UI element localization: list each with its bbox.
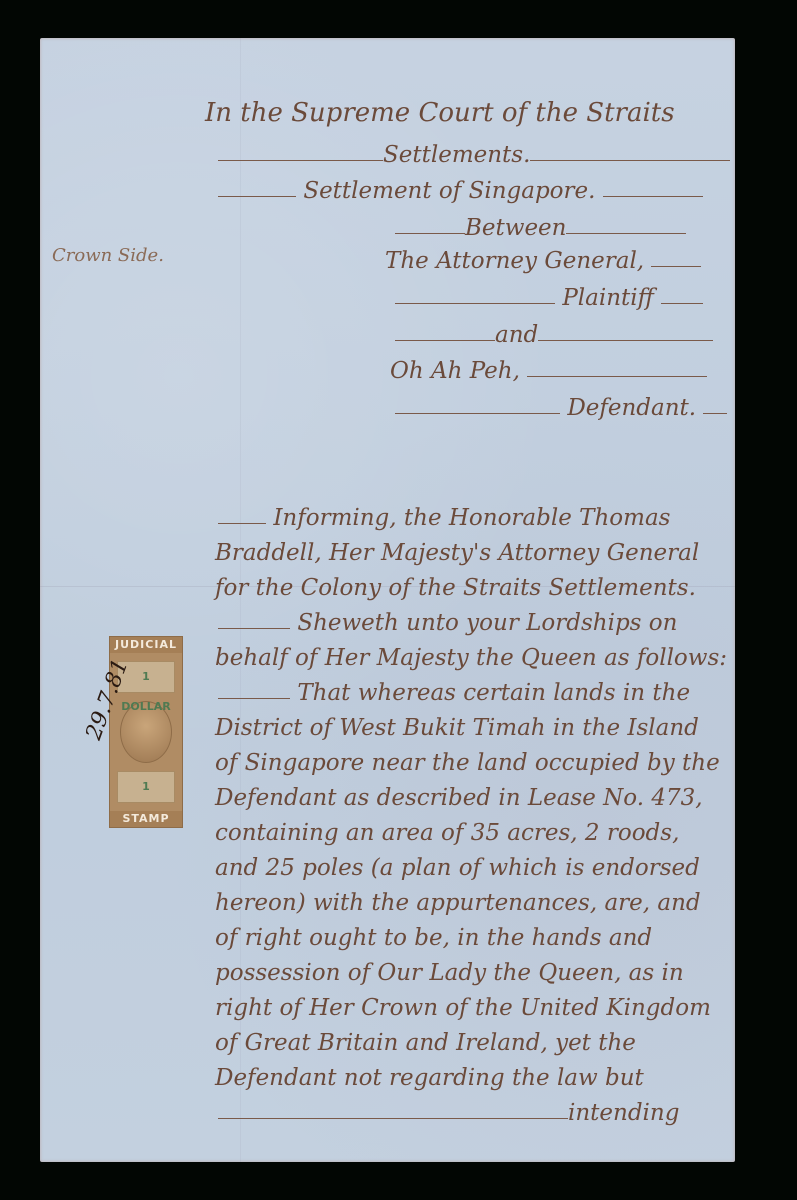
rule xyxy=(603,196,703,197)
stamp-top-label: JUDICIAL xyxy=(110,637,182,653)
body-line: Braddell, Her Majesty's Attorney General xyxy=(215,538,699,568)
body-line: of right ought to be, in the hands and xyxy=(215,923,652,953)
between-text: Between xyxy=(465,215,566,241)
defendant-label-line: Defendant. xyxy=(395,393,727,423)
rule xyxy=(530,160,730,161)
rule xyxy=(395,340,495,341)
plaintiff-label-line: Plaintiff xyxy=(395,283,703,313)
judicial-stamp: JUDICIAL 1 DOLLAR 1 DOLLAR STAMP 29.7.81 xyxy=(109,636,183,828)
body-line: and 25 poles (a plan of which is endorse… xyxy=(215,853,700,883)
rule xyxy=(703,413,727,414)
stamp-bottom-label: STAMP xyxy=(110,811,182,827)
rule xyxy=(218,196,296,197)
rule xyxy=(395,303,555,304)
catchword-text: intending xyxy=(568,1100,679,1126)
rule xyxy=(527,376,707,377)
settlements-text: Settlements. xyxy=(383,142,530,168)
plaintiff-name-line: The Attorney General, xyxy=(385,246,701,276)
plaintiff-name: The Attorney General, xyxy=(385,248,644,274)
court-heading-settlements: Settlements. xyxy=(218,140,730,170)
body-text: Sheweth unto your Lordships on xyxy=(297,610,677,636)
rule xyxy=(218,160,383,161)
body-line: behalf of Her Majesty the Queen as follo… xyxy=(215,643,727,673)
rule xyxy=(395,233,465,234)
document-page: In the Supreme Court of the Straits Sett… xyxy=(40,38,735,1162)
catchword-line: intending xyxy=(218,1098,679,1128)
rule xyxy=(566,233,686,234)
rule xyxy=(218,1118,568,1119)
body-line: for the Colony of the Straits Settlement… xyxy=(215,573,696,603)
defendant-name: Oh Ah Peh, xyxy=(390,358,520,384)
body-line: hereon) with the appurtenances, are, and xyxy=(215,888,701,918)
body-line: Defendant as described in Lease No. 473, xyxy=(215,783,703,813)
body-text: That whereas certain lands in the xyxy=(297,680,690,706)
body-line: right of Her Crown of the United Kingdom xyxy=(215,993,711,1023)
defendant-label: Defendant. xyxy=(567,395,696,421)
body-text: Informing, the Honorable Thomas xyxy=(273,505,670,531)
plaintiff-label: Plaintiff xyxy=(562,285,654,311)
rule xyxy=(218,698,290,699)
rule xyxy=(218,523,266,524)
singapore-text: Settlement of Singapore. xyxy=(303,178,595,204)
and-line: and xyxy=(395,320,713,350)
body-line: District of West Bukit Timah in the Isla… xyxy=(215,713,699,743)
body-line: Informing, the Honorable Thomas xyxy=(218,503,670,533)
and-text: and xyxy=(495,322,538,348)
rule xyxy=(395,413,560,414)
body-line: of Singapore near the land occupied by t… xyxy=(215,748,720,778)
body-line: of Great Britain and Ireland, yet the xyxy=(215,1028,636,1058)
defendant-name-line: Oh Ah Peh, xyxy=(390,356,707,386)
body-line: containing an area of 35 acres, 2 roods, xyxy=(215,818,679,848)
stamp-denomination-bottom: 1 DOLLAR xyxy=(117,771,175,803)
settlement-of-singapore: Settlement of Singapore. xyxy=(218,176,703,206)
body-line: Defendant not regarding the law but xyxy=(215,1063,644,1093)
body-line: possession of Our Lady the Queen, as in xyxy=(215,958,684,988)
rule xyxy=(218,628,290,629)
body-line: Sheweth unto your Lordships on xyxy=(218,608,677,638)
margin-note: Crown Side. xyxy=(52,245,164,266)
rule xyxy=(538,340,713,341)
court-heading: In the Supreme Court of the Straits xyxy=(205,98,675,128)
between-line: Between xyxy=(395,213,686,243)
rule xyxy=(651,266,701,267)
body-line: That whereas certain lands in the xyxy=(218,678,690,708)
rule xyxy=(661,303,703,304)
